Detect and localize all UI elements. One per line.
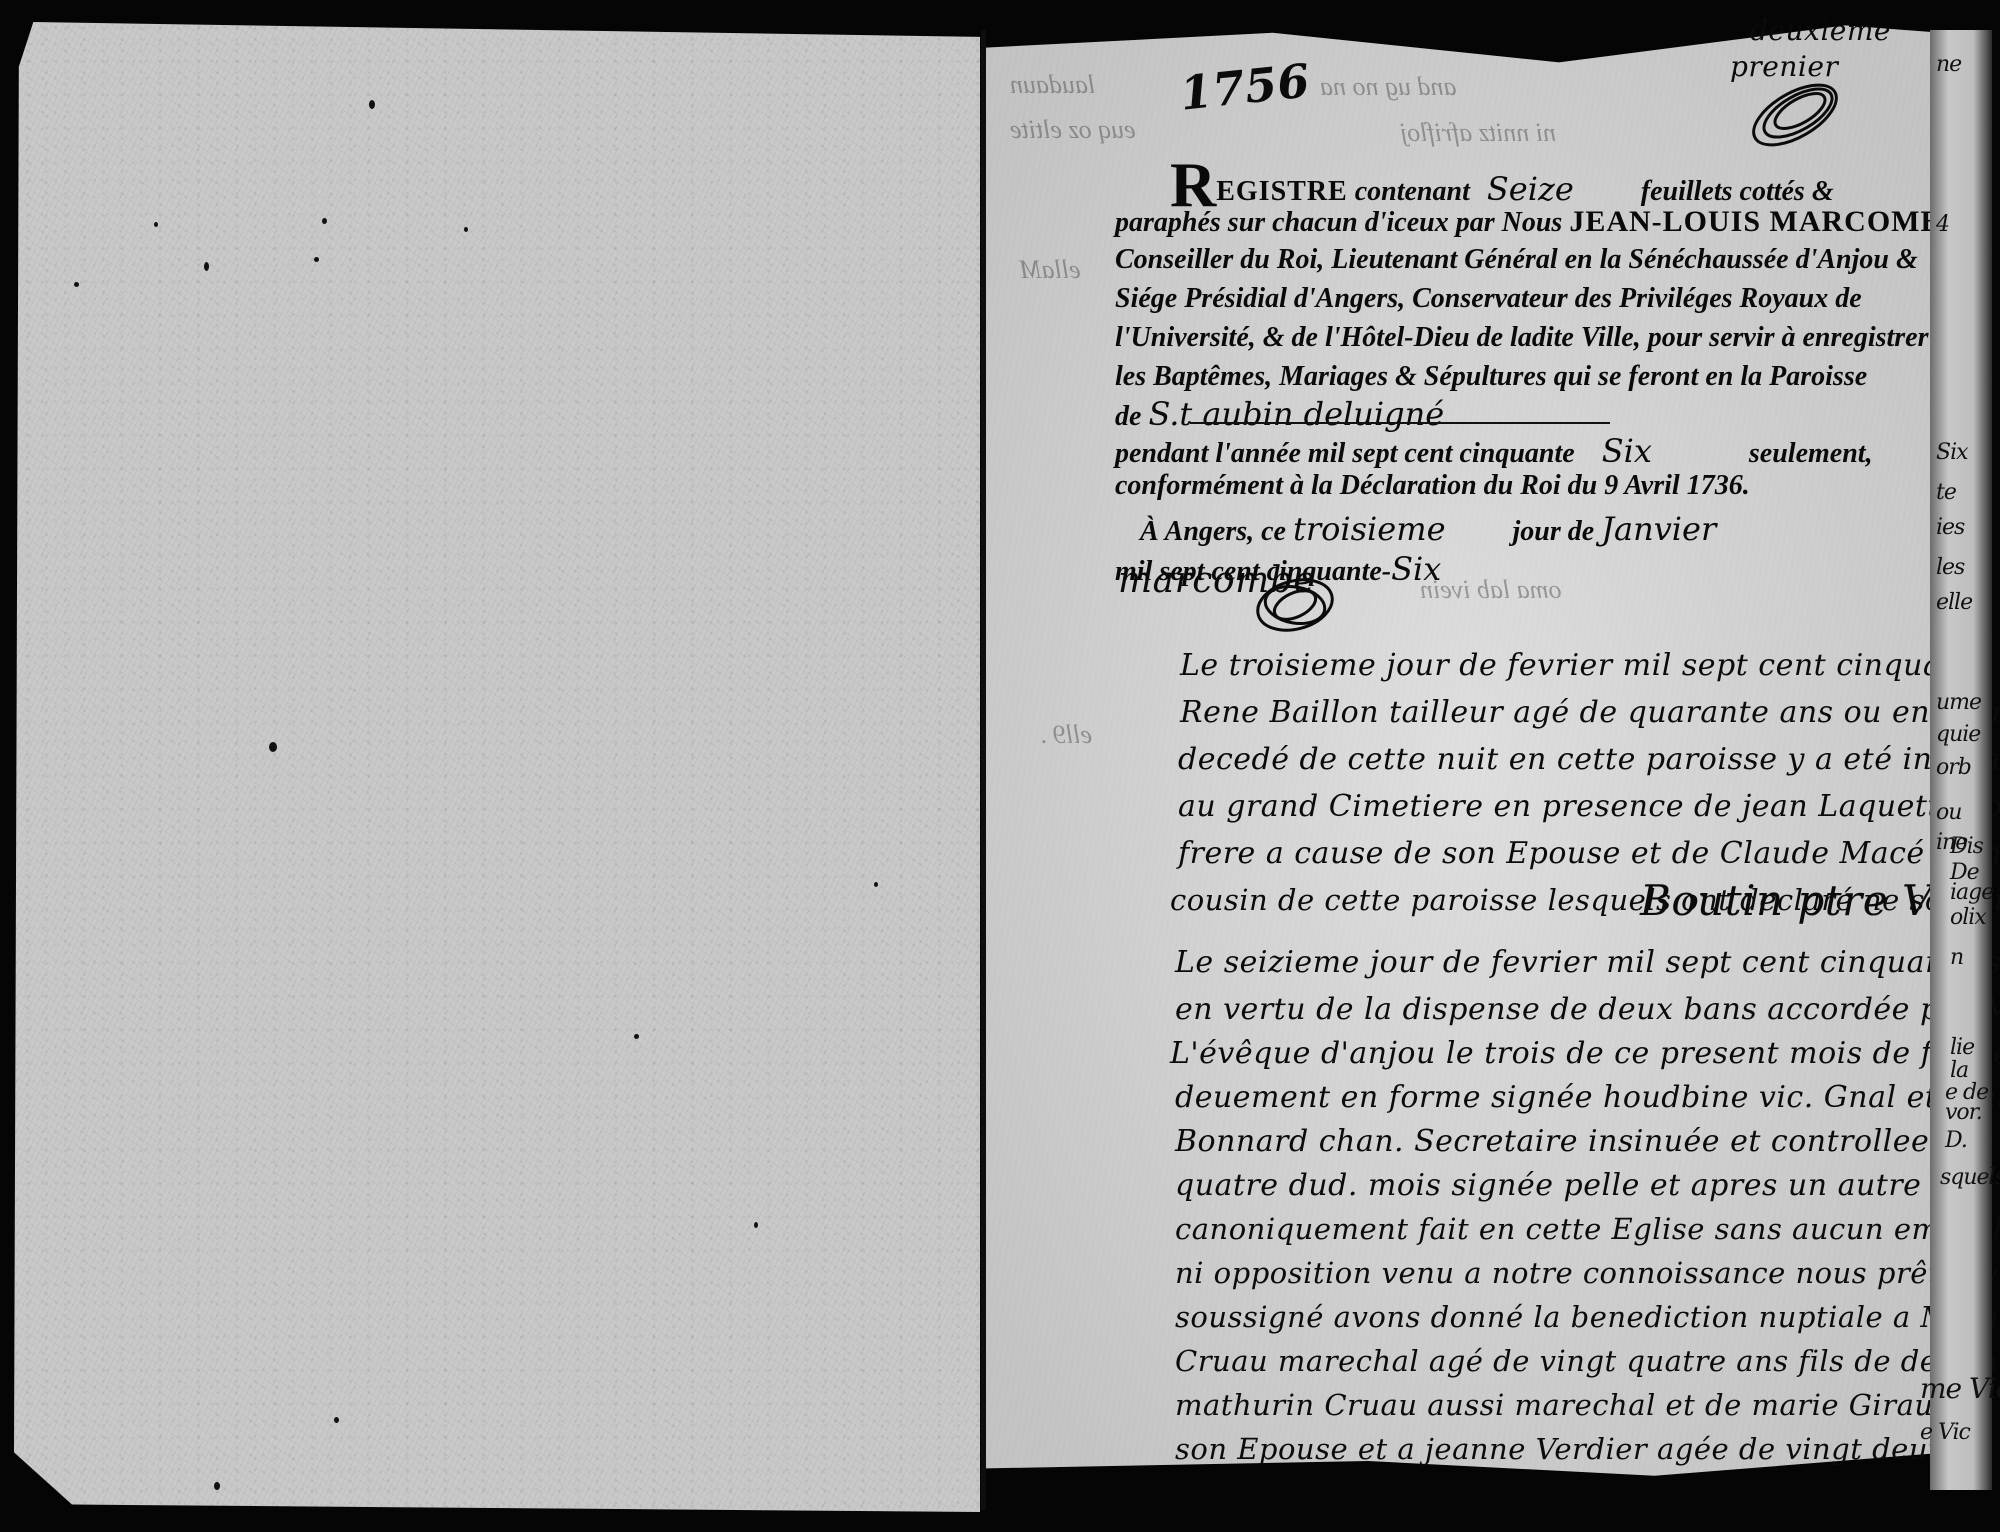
burial-entry-line: Rene Baillon tailleur agé de quarante an…	[1180, 695, 2000, 730]
paper-speck	[369, 100, 375, 109]
marriage-entry-line: canoniquement fait en cette Eglise sans …	[1175, 1212, 2000, 1246]
margin-fragment: orb	[1936, 755, 1971, 780]
paper-speck	[464, 227, 468, 232]
book-spine-gutter	[981, 30, 986, 1510]
marriage-entry-line: en vertu de la dispense de deux bans acc…	[1175, 992, 2000, 1027]
margin-fragment: squels	[1940, 1165, 2000, 1190]
handwritten-fill-month: Janvier	[1601, 510, 1716, 548]
margin-fragment: 4	[1936, 212, 1949, 237]
form-line-6: les Baptêmes, Mariages & Sépultures qui …	[1115, 361, 1867, 393]
blank-left-page	[14, 22, 980, 1512]
fill-underline	[1190, 422, 1610, 424]
margin-fragment: e Vic	[1920, 1420, 1970, 1445]
handwritten-fill-year: Six	[1602, 432, 1652, 470]
marriage-entry-line: Cruau marechal agé de vingt quatre ans f…	[1175, 1344, 2000, 1378]
paper-speck	[874, 882, 878, 887]
form-line-3: Conseiller du Roi, Lieutenant Général en…	[1115, 244, 1918, 276]
form-line-8: pendant l'année mil sept cent cinquante …	[1115, 432, 1873, 470]
margin-fragment: n	[1950, 945, 1963, 970]
priest-signature: Boutin ptre Vic	[1640, 876, 1970, 925]
form-line-9: conformément à la Déclaration du Roi du …	[1115, 470, 1750, 502]
burial-entry-line: Le troisieme jour de fevrier mil sept ce…	[1180, 648, 2000, 683]
margin-fragment: elle	[1936, 590, 1972, 615]
form-line-5: l'Université, & de l'Hôtel-Dieu de ladit…	[1115, 322, 1929, 354]
official-name: JEAN-LOUIS MARCOMBE,	[1569, 205, 1971, 238]
paper-speck	[204, 262, 209, 271]
burial-entry-line: decedé de cette nuit en cette paroisse y…	[1178, 742, 2000, 777]
margin-fragment: ume	[1936, 690, 1981, 715]
handwritten-fill-year-2: Six	[1391, 550, 1441, 588]
paper-speck	[634, 1034, 639, 1039]
form-line-7: de S.t aubin deluigné	[1115, 395, 1444, 433]
form-line-2: paraphés sur chacun d'iceux par Nous JEA…	[1115, 205, 1971, 239]
bleed-through-text: ni nnitz afrifloj	[1400, 118, 1556, 148]
marriage-entry-line: son Epouse et a jeanne Verdier agée de v…	[1175, 1432, 1945, 1466]
signature-scribble-icon	[1250, 570, 1340, 640]
handwritten-fill-day: troisieme	[1293, 510, 1446, 548]
paper-speck	[214, 1482, 220, 1490]
burial-entry-line: au grand Cimetiere en presence de jean L…	[1178, 789, 2000, 824]
margin-fragment: vor.	[1945, 1100, 1982, 1125]
marriage-entry-line: mathurin Cruau aussi marechal et de mari…	[1175, 1388, 1955, 1422]
margin-fragment: Dis	[1950, 834, 1983, 859]
margin-fragment: D.	[1945, 1128, 1967, 1153]
margin-fragment: quie	[1936, 722, 1980, 747]
paper-speck	[269, 742, 277, 752]
marriage-entry-line: deuement en forme signée houdbine vic. G…	[1175, 1080, 2000, 1115]
marriage-entry-line: Bonnard chan. Secretaire insinuée et con…	[1175, 1124, 1968, 1159]
paper-speck	[322, 218, 327, 224]
margin-fragment: ou	[1936, 800, 1961, 825]
bleed-through-text: ell9 .	[1040, 720, 1092, 750]
marriage-entry-line: quatre dud. mois signée pelle et apres u…	[1175, 1168, 1989, 1203]
bleed-through-text: ellaM	[1020, 255, 1081, 285]
margin-fragment: les	[1936, 555, 1964, 580]
handwritten-fill-parish: S.t aubin deluigné	[1148, 395, 1444, 433]
marriage-entry-line: L'évêque d'anjou le trois de ce present …	[1170, 1036, 2000, 1071]
paper-speck	[334, 1417, 339, 1423]
paper-speck	[754, 1222, 758, 1228]
bleed-through-text: and ug no na	[1320, 72, 1457, 102]
marriage-entry-line: soussigné avons donné la benediction nup…	[1175, 1300, 2000, 1334]
margin-fragment: Six	[1936, 440, 1968, 465]
margin-fragment: iage	[1950, 880, 1993, 905]
form-line-10: À Angers, ce troisieme jour de Janvier	[1140, 510, 1716, 548]
top-right-note: deuxieme	[1750, 14, 1891, 47]
paraph-flourish-icon	[1740, 80, 1850, 150]
burial-entry-line: frere a cause de son Epouse et de Claude…	[1178, 836, 2000, 871]
paper-speck	[314, 257, 319, 262]
margin-fragment: ne	[1936, 52, 1961, 77]
handwritten-fill-leaves: Seize	[1487, 170, 1574, 208]
bleed-through-text: euq oz eltite	[1010, 115, 1136, 145]
margin-fragment: me Vic	[1920, 1372, 2000, 1405]
margin-fragment: olix	[1950, 905, 1986, 930]
bleed-through-text: laudaun	[1010, 70, 1095, 100]
form-line-4: Siége Présidial d'Angers, Conservateur d…	[1115, 283, 1862, 315]
margin-fragment: lie	[1950, 1035, 1974, 1060]
paper-speck	[154, 222, 158, 227]
marriage-entry-line: ni opposition venu a notre connoissance …	[1175, 1256, 2000, 1290]
margin-fragment: te	[1936, 480, 1956, 505]
paper-speck	[74, 282, 79, 287]
margin-fragment: ies	[1936, 515, 1964, 540]
marriage-entry-line: Le seizieme jour de fevrier mil sept cen…	[1175, 945, 2000, 980]
top-right-note-2: prenier	[1730, 50, 1838, 83]
